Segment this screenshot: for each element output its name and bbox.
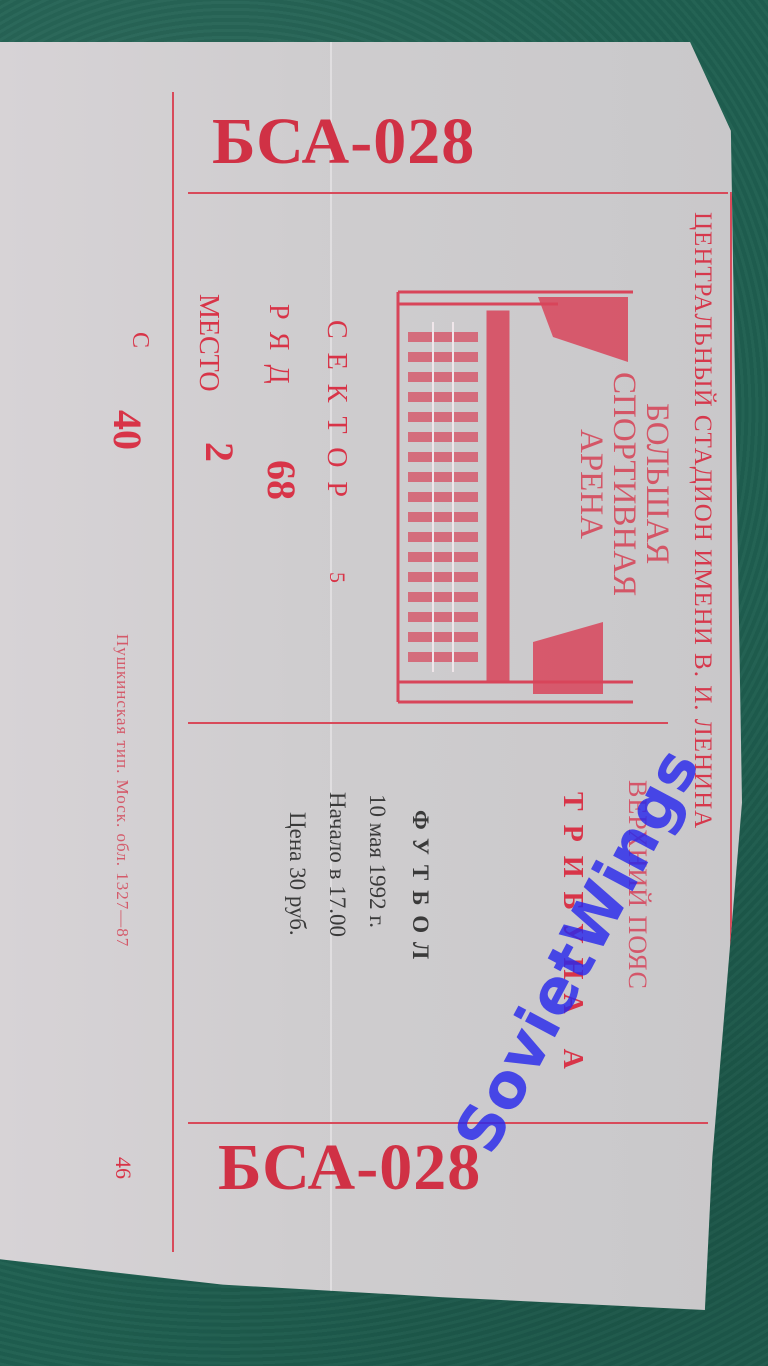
event-name: ФУТБОЛ	[405, 810, 435, 969]
series-code-top: БСА-028	[212, 104, 475, 180]
series-code-bottom: БСА-028	[218, 1130, 481, 1206]
top-divider-line	[188, 192, 728, 194]
ticket: БСА-028 БСА-028 ЦЕНТРАЛЬНЫЙ СТАДИОН ИМЕН…	[0, 42, 742, 1310]
event-date: 10 мая 1992 г.	[362, 794, 392, 928]
price: Цена 30 руб.	[282, 812, 312, 936]
sector-value: 5	[324, 572, 350, 583]
arena-line-1: БОЛЬШАЯ	[639, 403, 675, 564]
stub-value: 40	[104, 410, 151, 450]
row-value: 68	[258, 460, 305, 500]
seat-label: МЕСТО	[192, 294, 224, 392]
right-border-line	[730, 192, 732, 1122]
seat-value: 2	[196, 442, 243, 462]
stub-divider-line	[172, 92, 174, 1252]
printer-number: 46	[110, 1157, 136, 1179]
printer-info: Пушкинская тип. Моск. обл. 1327—87	[112, 634, 132, 947]
stub-letter: С	[126, 332, 153, 348]
row-label: РЯД	[262, 304, 294, 398]
stadium-name: ЦЕНТРАЛЬНЫЙ СТАДИОН ИМЕНИ В. И. ЛЕНИНА	[688, 212, 716, 829]
middle-divider-line	[188, 722, 668, 724]
paper-fold	[330, 42, 332, 1310]
stadium-building-illustration	[388, 282, 638, 717]
sector-label: СЕКТОР	[320, 320, 352, 511]
start-time: Начало в 17.00	[322, 792, 352, 937]
